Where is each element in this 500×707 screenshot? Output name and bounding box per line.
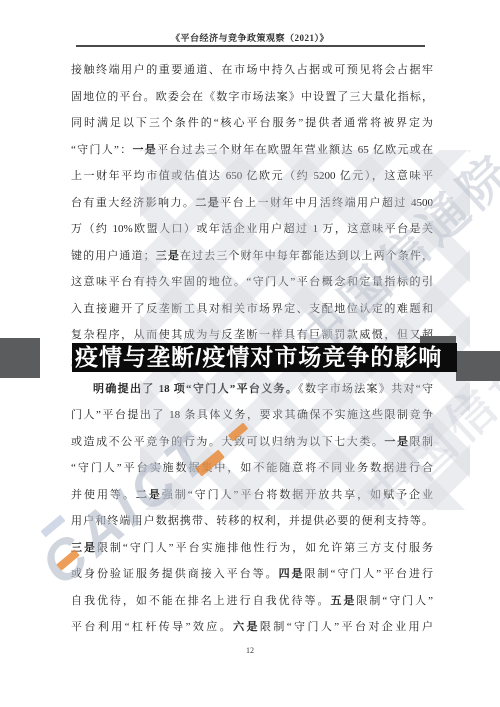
body-text-run: 上一财年平均市值或估值达 650 亿欧元（约 5200 亿元），这意味平 <box>71 170 433 182</box>
body-text-bold-run: 四是 <box>279 568 305 580</box>
body-text-run: 平台上一财年中月活终端用户超过 4500 <box>220 197 433 209</box>
body-text-run: 这意味平台有持久牢固的地位。“守门人”平台概念和定量指标的引 <box>71 276 433 288</box>
body-text-run: 台有重大经济影响力。 <box>71 197 195 209</box>
body-text-line: 台有重大经济影响力。二是平台上一财年中月活终端用户超过 4500 <box>71 190 433 217</box>
body-text-line: 或身份验证服务提供商接入平台等。四是限制“守门人”平台进行 <box>71 561 433 588</box>
body-text-run: “守门人”： <box>71 144 133 156</box>
body-text-run: 限制 <box>409 436 433 448</box>
section-title-banner: 疫情与垄断/疫情对市场竞争的影响 <box>72 343 457 372</box>
body-text-run: 万（约 10%欧盟人口）或年活企业用户超过 1 万，这意味平台是关 <box>71 223 433 235</box>
body-text-line: 或造成不公平竞争的行为。大致可以归纳为以下七大类。一是限制 <box>71 429 433 456</box>
body-text-run: 固地位的平台。欧委会在《数字市场法案》中设置了三大量化指标， <box>71 91 433 103</box>
body-text-run: 用户和终端用户数据携带、转移的权利，并提供必要的便利支持等。 <box>71 515 433 527</box>
body-text-line: 同时满足以下三个条件的“核心平台服务”提供者通常将被界定为 <box>71 110 433 137</box>
body-text-line: 三是限制“守门人”平台实施排他性行为，如允许第三方支付服务 <box>71 535 433 562</box>
body-text-line: 明确提出了 18 项“守门人”平台义务。《数字市场法案》共对“守 <box>71 376 433 403</box>
banner-side-block-right <box>456 351 500 381</box>
body-text-run: 同时满足以下三个条件的“核心平台服务”提供者通常将被界定为 <box>71 117 433 129</box>
page-number: 12 <box>0 646 500 655</box>
body-text-line: 这意味平台有持久牢固的地位。“守门人”平台概念和定量指标的引 <box>71 269 433 296</box>
body-text-line: 并使用等。二是强制“守门人”平台将数据开放共享，如赋予企业 <box>71 482 433 509</box>
body-text-bold-run: 六是 <box>233 621 260 633</box>
body-text-run: 自我优待，如不能在排名上进行自我优待等。 <box>71 595 330 607</box>
body-text-run: 或造成不公平竞争的行为。大致可以归纳为以下七大类。 <box>71 436 384 448</box>
body-text-line: “守门人”：一是平台过去三个财年在欧盟年营业额达 65 亿欧元或在 <box>71 137 433 164</box>
body-text-run: 《数字市场法案》共对“守 <box>298 383 433 395</box>
body-text-run: 限制“守门人” <box>356 595 433 607</box>
body-text-line: 上一财年平均市值或估值达 650 亿欧元（约 5200 亿元），这意味平 <box>71 163 433 190</box>
body-text-run: 门人”平台提出了 18 条具体义务，要求其确保不实施这些限制竞争 <box>71 409 433 421</box>
body-text-run: 限制“守门人”平台对企业用户 <box>260 621 433 633</box>
body-text-run: 限制“守门人”平台进行 <box>305 568 433 580</box>
body-text-bold-run: 三是 <box>155 250 180 262</box>
body-text-bold-run: 三是 <box>71 542 97 554</box>
body-text-bold-run: 五是 <box>330 595 356 607</box>
body-text-line: 用户和终端用户数据携带、转移的权利，并提供必要的便利支持等。 <box>71 508 433 535</box>
banner-side-block-left <box>0 338 40 378</box>
body-text-run: 键的用户通道； <box>71 250 155 262</box>
body-text-line: 平台利用“杠杆传导”效应。六是限制“守门人”平台对企业用户 <box>71 614 433 641</box>
body-text-bold-run: 二是 <box>136 489 162 501</box>
body-text-line: 门人”平台提出了 18 条具体义务，要求其确保不实施这些限制竞争 <box>71 402 433 429</box>
body-text-run: 入直接避开了反垄断工具对相关市场界定、支配地位认定的难题和 <box>71 303 433 315</box>
body-text-line: 接触终端用户的重要通道、在市场中持久占据或可预见将会占据牢 <box>71 57 433 84</box>
body-text-bold-run: 二是 <box>195 197 220 209</box>
body-text-line: 键的用户通道；三是在过去三个财年中每年都能达到以上两个条件， <box>71 243 433 270</box>
body-text-run: 强制“守门人”平台将数据开放共享，如赋予企业 <box>162 489 433 501</box>
body-text-bold-run: 一是 <box>384 436 409 448</box>
body-text-run: “守门人”平台实施数据集中，如不能随意将不同业务数据进行合 <box>71 462 433 474</box>
body-text-line: 自我优待，如不能在排名上进行自我优待等。五是限制“守门人” <box>71 588 433 615</box>
header-divider <box>76 45 425 47</box>
watermark-blue-slash <box>40 515 65 538</box>
document-header-title: 《平台经济与竞争政策观察（2021）》 <box>0 31 500 44</box>
body-text-line: 入直接避开了反垄断工具对相关市场界定、支配地位认定的难题和 <box>71 296 433 323</box>
body-text-bold-run: 一是 <box>133 144 158 156</box>
body-text-line: 固地位的平台。欧委会在《数字市场法案》中设置了三大量化指标， <box>71 84 433 111</box>
document-page: 《平台经济与竞争政策观察（2021）》 接触终端用户的重要通道、在市场中持久占据… <box>0 0 500 707</box>
body-text-bold-run: 明确提出了 18 项“守门人”平台义务。 <box>93 383 298 395</box>
body-text-run: 接触终端用户的重要通道、在市场中持久占据或可预见将会占据牢 <box>71 64 433 76</box>
body-text-run: 或身份验证服务提供商接入平台等。 <box>71 568 279 580</box>
body-text-run: 并使用等。 <box>71 489 136 501</box>
body-text-run: 平台过去三个财年在欧盟年营业额达 65 亿欧元或在 <box>157 144 433 156</box>
body-text-run: 平台利用“杠杆传导”效应。 <box>71 621 233 633</box>
body-text-run: 复杂程序，从而使其成为与反垄断一样具有巨额罚款威慑，但又超 <box>71 329 433 341</box>
body-text-line: “守门人”平台实施数据集中，如不能随意将不同业务数据进行合 <box>71 455 433 482</box>
body-text-run: 在过去三个财年中每年都能达到以上两个条件， <box>180 250 433 262</box>
body-text-run: 限制“守门人”平台实施排他性行为，如允许第三方支付服务 <box>97 542 433 554</box>
body-text-line: 万（约 10%欧盟人口）或年活企业用户超过 1 万，这意味平台是关 <box>71 216 433 243</box>
